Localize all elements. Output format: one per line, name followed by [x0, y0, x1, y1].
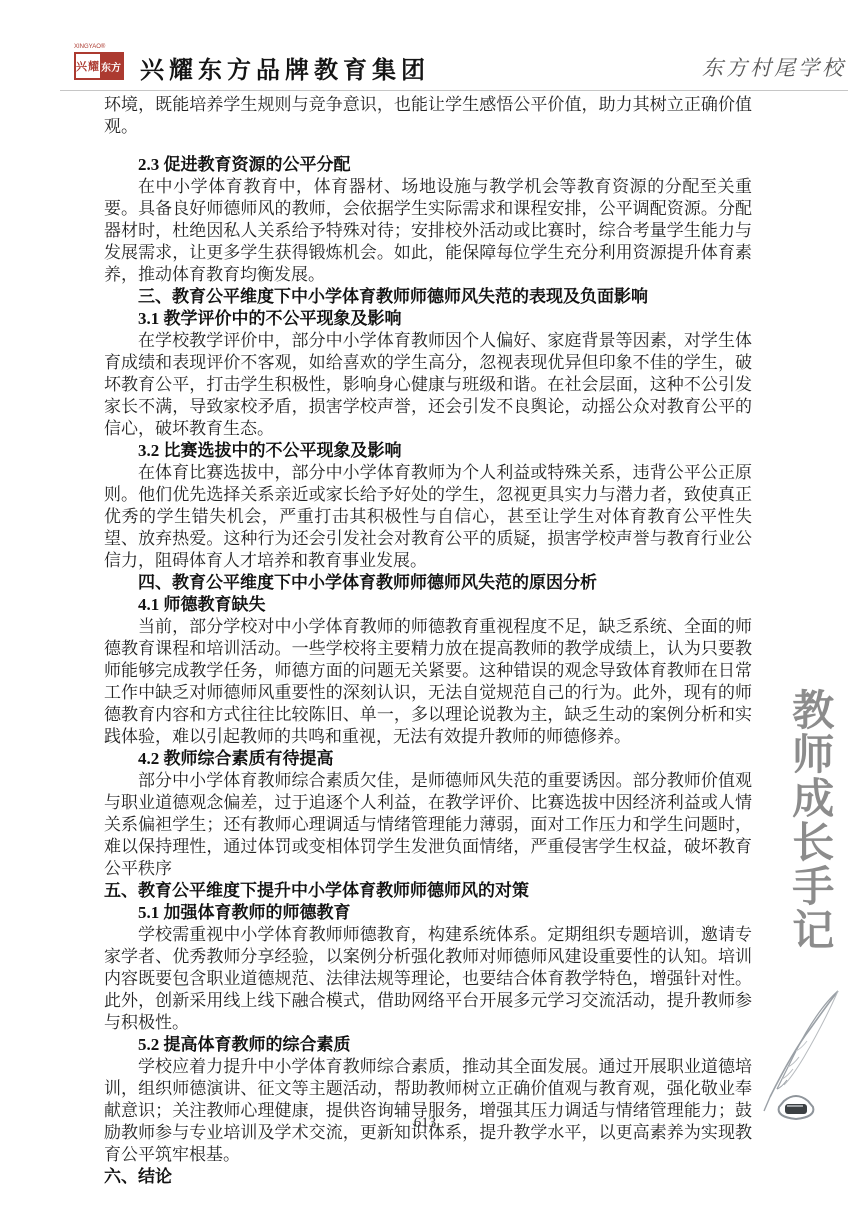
- heading-3-1: 3.1 教学评价中的不公平现象及影响: [104, 308, 752, 330]
- continuation-paragraph: 环境，既能培养学生规则与竞争意识，也能让学生感悟公平价值，助力其树立正确价值观。: [104, 94, 752, 138]
- page-header: XINGYAO® 兴耀 东方 兴耀东方品牌教育集团 东方村尾学校: [60, 44, 848, 91]
- paragraph-4-2: 部分中小学体育教师综合素质欠佳，是师德师风失范的重要诱因。部分教师价值观与职业道…: [104, 770, 752, 880]
- heading-5: 五、教育公平维度下提升中小学体育教师师德师风的对策: [104, 880, 752, 902]
- heading-3: 三、教育公平维度下中小学体育教师师德师风失范的表现及负面影响: [104, 286, 752, 308]
- paragraph-2-3: 在中小学体育教育中，体育器材、场地设施与教学机会等教育资源的分配至关重要。具备良…: [104, 176, 752, 286]
- heading-3-2: 3.2 比赛选拔中的不公平现象及影响: [104, 440, 752, 462]
- heading-4: 四、教育公平维度下中小学体育教师师德师风失范的原因分析: [104, 572, 752, 594]
- heading-4-1: 4.1 师德教育缺失: [104, 594, 752, 616]
- brand-seal-icon: 兴耀 东方: [74, 52, 124, 80]
- brand-title: 兴耀东方品牌教育集团: [140, 50, 430, 85]
- brand-logo: XINGYAO® 兴耀 东方: [74, 44, 130, 80]
- paragraph-4-1: 当前，部分学校对中小学体育教师的师德教育重视程度不足，缺乏系统、全面的师德教育课…: [104, 616, 752, 748]
- heading-5-1: 5.1 加强体育教师的师德教育: [104, 902, 752, 924]
- document-body: 环境，既能培养学生规则与竞争意识，也能让学生感悟公平价值，助力其树立正确价值观。…: [104, 94, 752, 1188]
- school-name: 东方村尾学校: [702, 52, 846, 82]
- seal-left-characters: 兴耀: [76, 54, 100, 78]
- paragraph-5-1: 学校需重视中小学体育教师师德教育，构建系统体系。定期组织专题培训，邀请专家学者、…: [104, 924, 752, 1034]
- document-page: XINGYAO® 兴耀 东方 兴耀东方品牌教育集团 东方村尾学校 环境，既能培养…: [0, 0, 850, 1205]
- seal-right-characters: 东方: [100, 54, 122, 78]
- quill-and-ink-icon: [760, 985, 850, 1130]
- paragraph-5-2: 学校应着力提升中小学体育教师综合素质，推动其全面发展。通过开展职业道德培训，组织…: [104, 1056, 752, 1166]
- logo-registered-text: XINGYAO®: [74, 44, 130, 51]
- paragraph-3-1: 在学校教学评价中，部分中小学体育教师因个人偏好、家庭背景等因素，对学生体育成绩和…: [104, 330, 752, 440]
- heading-2-3: 2.3 促进教育资源的公平分配: [104, 154, 752, 176]
- paragraph-3-2: 在体育比赛选拔中，部分中小学体育教师为个人利益或特殊关系，违背公平公正原则。他们…: [104, 462, 752, 572]
- heading-5-2: 5.2 提高体育教师的综合素质: [104, 1034, 752, 1056]
- heading-6: 六、结论: [104, 1166, 752, 1188]
- heading-4-2: 4.2 教师综合素质有待提高: [104, 748, 752, 770]
- page-number: 613: [0, 1115, 850, 1132]
- vertical-calligraphy-title: 教师成长手记: [786, 688, 832, 988]
